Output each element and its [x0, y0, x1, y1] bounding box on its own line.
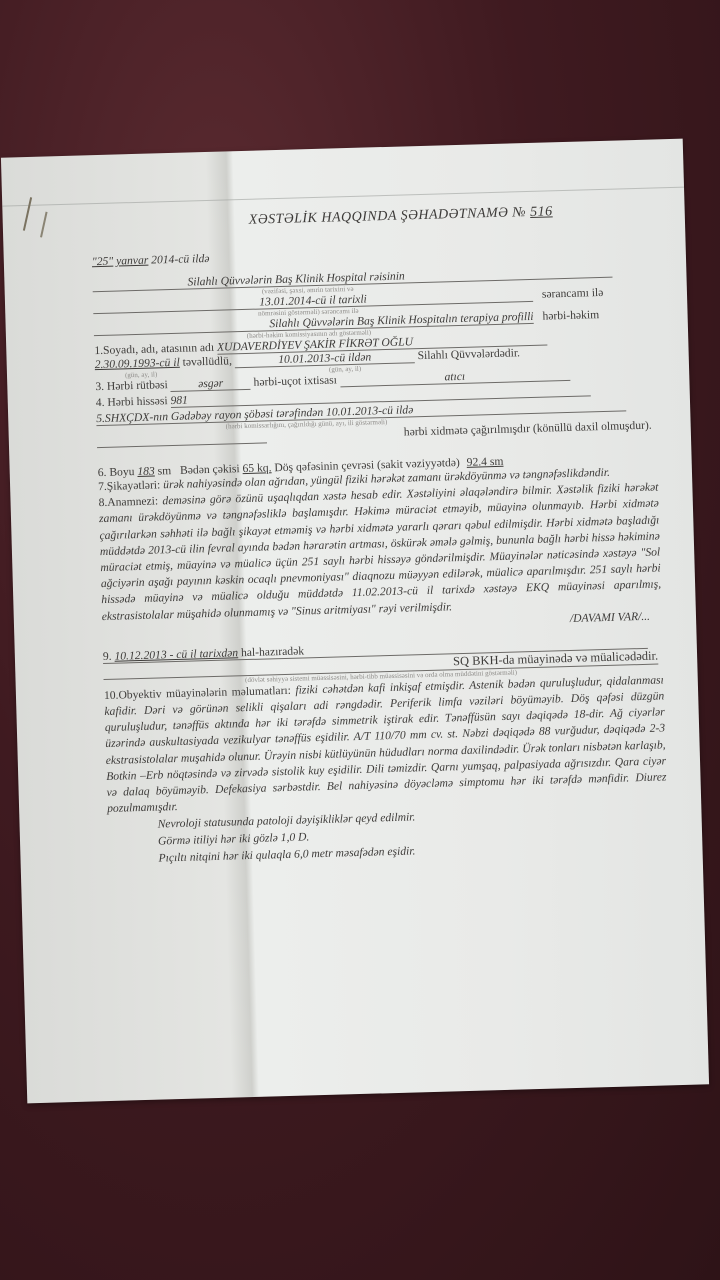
certificate-number: 516 [530, 204, 553, 220]
pencil-mark [40, 212, 47, 238]
field-objective-exam: 10.Obyektiv müayinələrin məlumatları: fi… [104, 672, 667, 817]
document-body: XƏSTƏLİK HAQQINDA ŞƏHADƏTNAMƏ № 516 "25"… [90, 196, 668, 869]
document-title: XƏSTƏLİK HAQQINDA ŞƏHADƏTNAMƏ № 516 [151, 202, 651, 232]
field-anamnesis: 8.Anamnezi: deməsinə görə özünü uşaqlıqd… [98, 480, 661, 625]
pencil-mark [23, 197, 32, 231]
certificate-paper: XƏSTƏLİK HAQQINDA ŞƏHADƏTNAMƏ № 516 "25"… [1, 139, 709, 1104]
